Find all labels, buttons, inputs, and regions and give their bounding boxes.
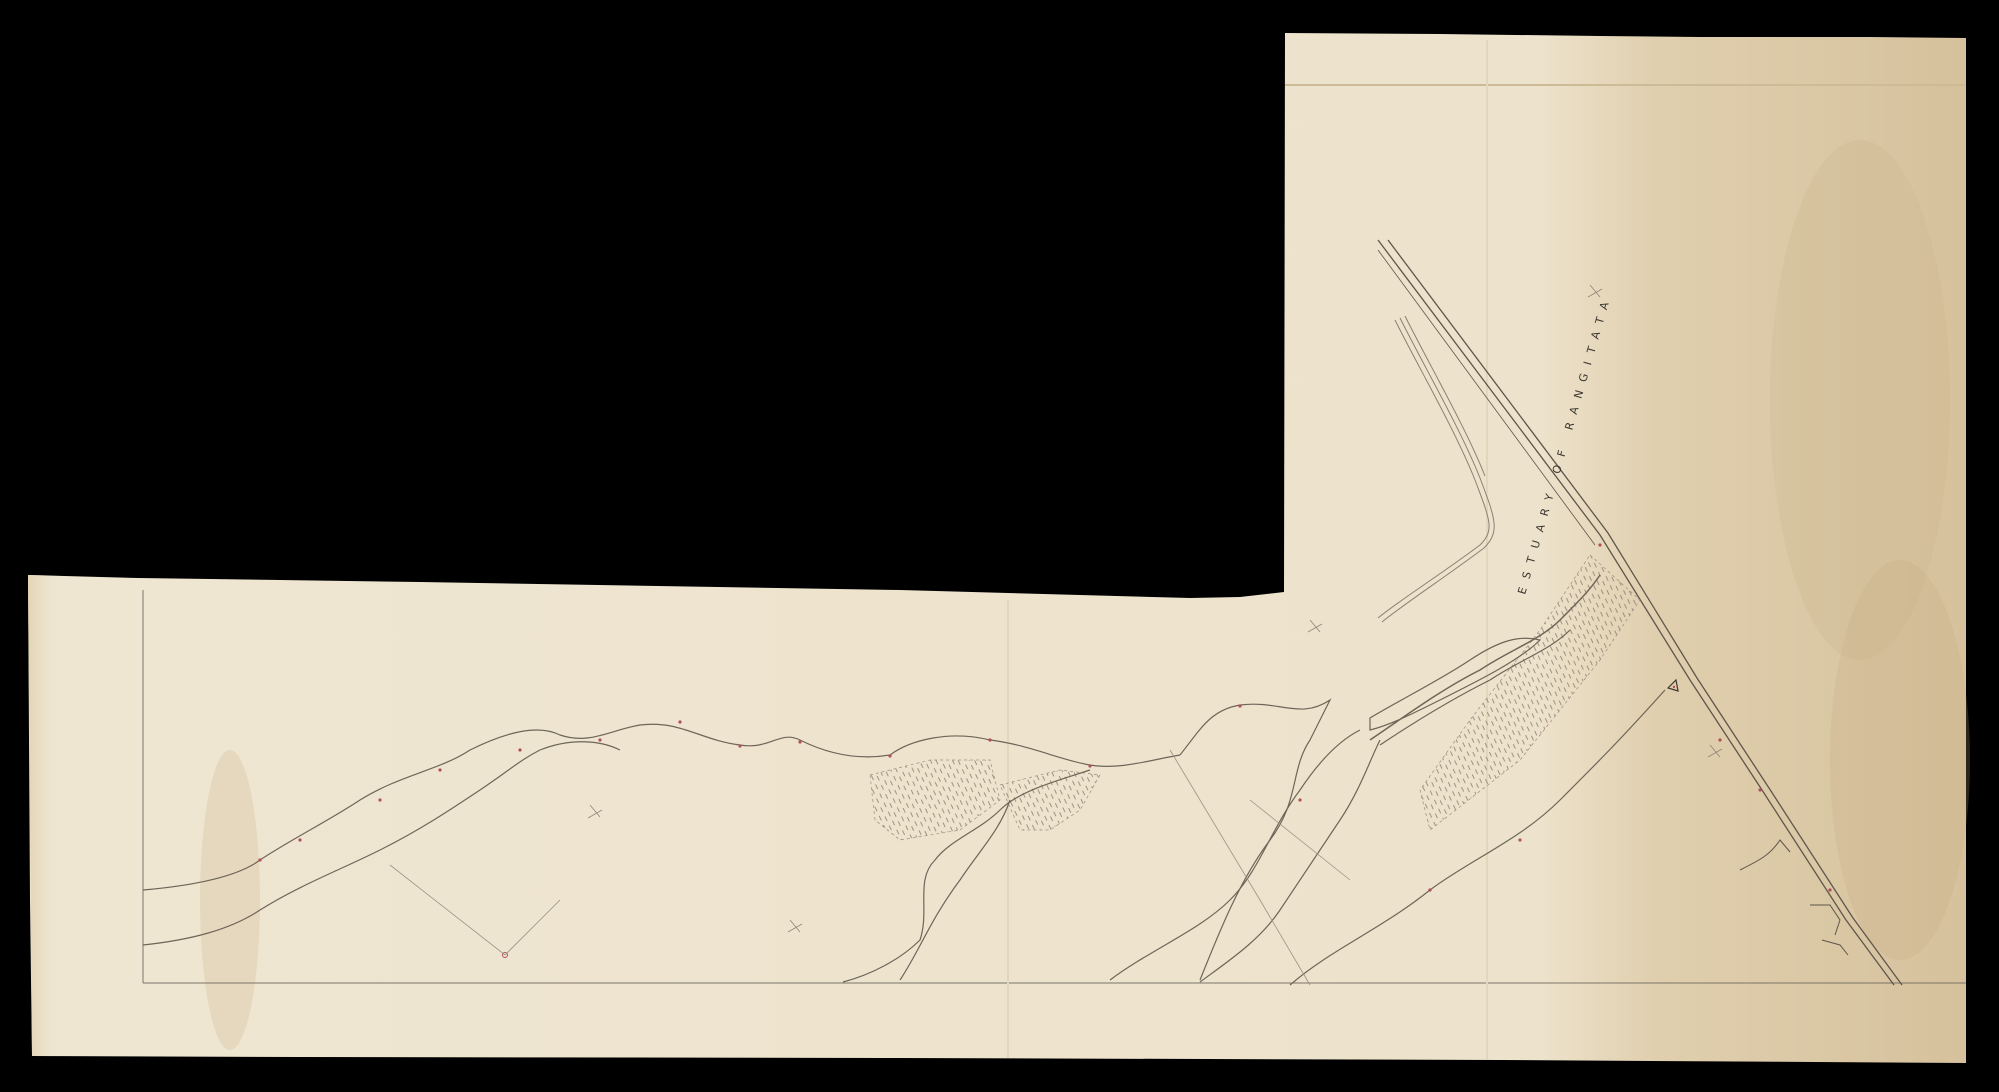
paper-shape <box>28 33 1966 1063</box>
survey-map: ESTUARY OF RANGITATA <box>0 0 1999 1092</box>
paper-sheet <box>28 33 1970 1063</box>
